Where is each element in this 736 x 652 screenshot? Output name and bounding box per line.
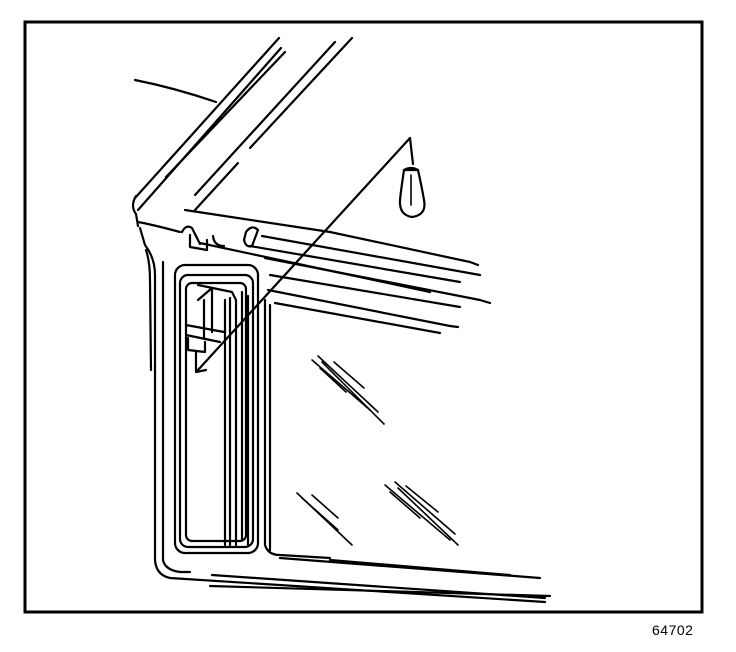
illustration: 64702: [0, 0, 736, 652]
leader-line: [135, 80, 216, 102]
bulb-leader-tip: [410, 138, 413, 164]
dome-lamp-housing: [175, 265, 258, 553]
window-glass: [265, 300, 540, 578]
figure-number: 64702: [652, 622, 693, 638]
lamp-lens: [186, 288, 224, 372]
line-drawing: [0, 0, 736, 652]
retaining-clip: [182, 227, 258, 250]
bulb-icon: [400, 168, 425, 217]
figure-frame: [25, 22, 702, 612]
roof-rail-left: [135, 38, 285, 210]
glass-reflection: [297, 356, 458, 545]
